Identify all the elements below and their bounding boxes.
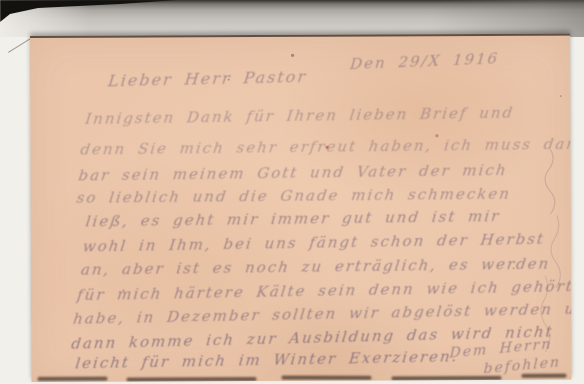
handwritten-greeting: Lieber Herr Pastor: [107, 67, 308, 90]
handwritten-body-line: bar sein meinem Gott und Vater der mich: [77, 161, 508, 185]
card-bottom-edge-smudge: [521, 374, 566, 378]
card-bottom-edge-smudge: [391, 376, 501, 380]
margin-scribble-vertical: [530, 146, 565, 356]
handwritten-body-line: denn Sie mich sehr erfreut haben, ich mu…: [79, 135, 571, 159]
paper-specks: [30, 38, 31, 39]
card-bottom-edge-smudge: [281, 376, 371, 380]
handwritten-body-line: an, aber ist es noch zu erträglich, es w…: [80, 255, 552, 279]
card-bottom-edge-smudge: [126, 377, 256, 382]
handwritten-body-line: für mich härtere Kälte sein denn wie ich…: [76, 277, 571, 304]
handwritten-body-line: ließ, es geht mir immer gut und ist mir: [85, 207, 502, 230]
postcard: Den 29/X 1916 Lieber Herr Pastor Innigst…: [30, 34, 572, 382]
handwritten-body-line: so lieblich und die Gnade mich schmecken: [76, 185, 513, 207]
card-bottom-edge-smudge: [37, 377, 107, 381]
handwritten-date: Den 29/X 1916: [349, 49, 500, 73]
handwritten-body-line: wohl in Ihm, bei uns fängt schon der Her…: [82, 230, 546, 256]
handwritten-body-line: Innigsten Dank für Ihren lieben Brief un…: [84, 104, 515, 128]
scanned-postcard-photo: Den 29/X 1916 Lieber Herr Pastor Innigst…: [0, 0, 584, 384]
